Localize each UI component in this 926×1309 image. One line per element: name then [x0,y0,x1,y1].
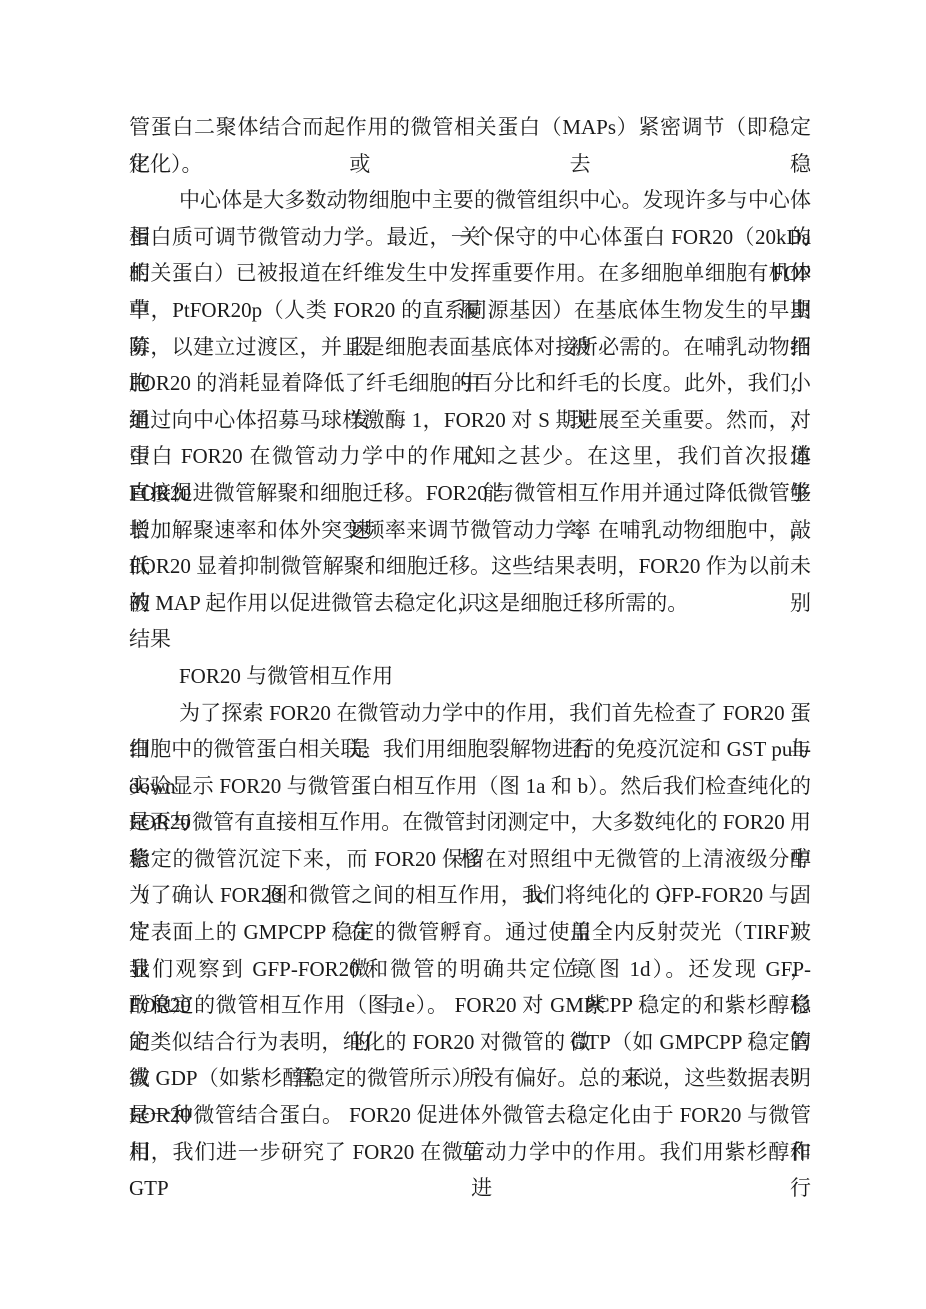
text-line: FOR20 显着抑制微管解聚和细胞迁移。这些结果表明，FOR20 作为以前未被识… [129,548,811,585]
text-line: 我们观察到 GFP-FOR20 和微管的明确共定位（图 1d）。还发现 GFP-… [129,951,811,988]
text-line: 增加解聚速率和体外突变频率来调节微管动力学。在哺乳动物细胞中，敲低 [129,512,811,549]
text-line: 为了探索 FOR20 在微管动力学中的作用，我们首先检查了 FOR20 蛋白是否… [129,695,811,732]
text-line: 细胞中的微管蛋白相关联。我们用细胞裂解物进行的免疫沉淀和 GST pull-do… [129,731,811,768]
text-line: 片表面上的 GMPCPP 稳定的微管孵育。通过使用全内反射荧光（TIRF）显微镜… [129,914,811,951]
text-line: FOR20 与微管相互作用 [129,658,811,695]
text-line: 实验显示 FOR20 与微管蛋白相互作用（图 1a 和 b）。然后我们检查纯化的… [129,768,811,805]
text-block: 管蛋白二聚体结合而起作用的微管相关蛋白（MAPs）紧密调节（即稳定化或去稳定化）… [129,109,811,1170]
document-page: 管蛋白二聚体结合而起作用的微管相关蛋白（MAPs）紧密调节（即稳定化或去稳定化）… [0,0,926,1309]
text-line: 中，PtFOR20p（人类 FOR20 的直系同源基因）在基底体生物发生的早期阶… [129,292,811,329]
text-line: 是否与微管有直接相互作用。在微管封闭测定中，大多数纯化的 FOR20 用紫杉醇 [129,804,811,841]
text-line: 为了确认 FOR20 和微管之间的相互作用，我们将纯化的 GFP-FOR20 与… [129,877,811,914]
text-line: 酚稳定的微管相互作用（图 1e）。 FOR20 对 GMPCPP 稳定的和紫杉醇… [129,987,811,1024]
text-line: 用，我们进一步研究了 FOR20 在微管动力学中的作用。我们用紫杉醇和 GTP … [129,1134,811,1171]
text-line: FOR20 的消耗显着降低了纤毛细胞的百分比和纤毛的长度。此外，我们小组发现， [129,365,811,402]
text-line: 蛋白质可调节微管动力学。最近，一个保守的中心体蛋白 FOR20（20kDa 的 … [129,219,811,256]
text-line: 稳定的微管沉淀下来，而 FOR20 保留在对照组中无微管的上清液级分中（图 1c… [129,841,811,878]
text-line: 相关蛋白）已被报道在纤维发生中发挥重要作用。在多细胞单细胞有机体草履虫 [129,255,811,292]
text-line: 募，以建立过渡区，并且是细胞表面基底体对接所必需的。在哺乳动物细胞中， [129,329,811,366]
text-line: 蛋白 FOR20 在微管动力学中的作用知之甚少。在这里，我们首次报道 FOR20… [129,438,811,475]
text-line: 管蛋白二聚体结合而起作用的微管相关蛋白（MAPs）紧密调节（即稳定化或去稳 [129,109,811,146]
text-line: 直接促进微管解聚和细胞迁移。FOR20 与微管相互作用并通过降低微管生长速率， [129,475,811,512]
text-line: 或 GDP（如紫杉醇稳定的微管所示）没有偏好。总的来说，这些数据表明 FOR20 [129,1060,811,1097]
text-line: 的类似结合行为表明，纯化的 FOR20 对微管的 GTP（如 GMPCPP 稳定… [129,1024,811,1061]
text-line: 是一种微管结合蛋白。 FOR20 促进体外微管去稳定化由于 FOR20 与微管相… [129,1097,811,1134]
text-line: 结果 [129,621,811,658]
text-line: 通过向中心体招募马球样激酶 1，FOR20 对 S 期进展至关重要。然而，对中心… [129,402,811,439]
text-line: 中心体是大多数动物细胞中主要的微管组织中心。发现许多与中心体相关的 [129,182,811,219]
